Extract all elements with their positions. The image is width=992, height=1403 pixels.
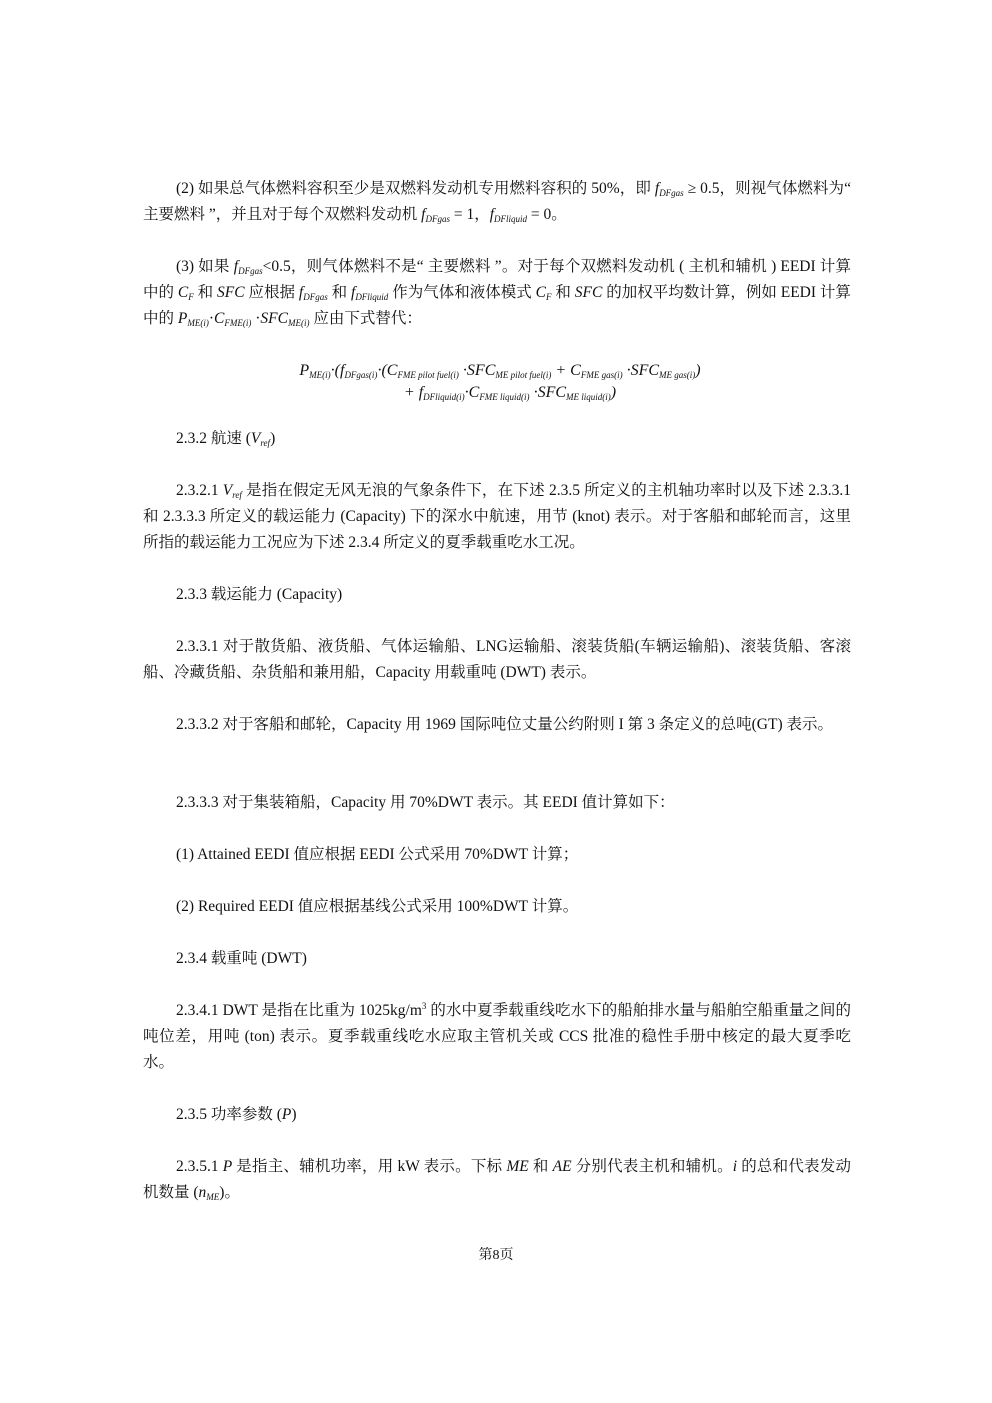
subscript: ME(i) [288, 318, 310, 328]
var-sfc: SFC [217, 284, 245, 301]
text: 应由下式替代： [309, 310, 421, 327]
text: = 1， [450, 206, 490, 223]
heading-2-3-3: 2.3.3 载运能力 (Capacity) [176, 582, 342, 608]
subscript: DFliquid(i) [423, 392, 465, 402]
subscript: FME gas(i) [581, 370, 623, 380]
subscript: ME [206, 1192, 219, 1202]
var-c: C [214, 310, 224, 327]
subscript: FME(i) [224, 318, 251, 328]
var-sfc: SFC [260, 310, 288, 327]
paragraph-3: (3) 如果 fDFgas<0.5，则气体燃料不是“ 主要燃料 ”。对于每个双燃… [143, 254, 851, 332]
formula-block: PME(i)·(fDFgas(i)·(CFME pilot fuel(i) ·S… [260, 360, 740, 404]
paragraph-2-3-5-1: 2.3.5.1 P 是指主、辅机功率，用 kW 表示。下标 ME 和 AE 分别… [143, 1154, 851, 1206]
document-page: (2) 如果总气体燃料容积至少是双燃料发动机专用燃料容积的 50%，即 fDFg… [0, 0, 992, 1403]
text: 和 [529, 1158, 553, 1175]
subscript: DFgas(i) [344, 370, 377, 380]
text: 2.3.2 航速 ( [176, 430, 251, 447]
heading-2-3-4: 2.3.4 载重吨 (DWT) [176, 946, 307, 972]
subscript: DFliquid [355, 292, 388, 302]
text: 2.3.4.1 DWT 是指在比重为 1025kg/m [176, 1002, 422, 1019]
paragraph-2-3-3-2: 2.3.3.2 对于客船和邮轮，Capacity 用 1969 国际吨位丈量公约… [143, 712, 851, 738]
text: 2.3.5.1 [176, 1158, 223, 1175]
text: 2.3.2.1 [176, 482, 223, 499]
subscript: ME liquid(i) [566, 392, 611, 402]
paragraph-2-3-4-1: 2.3.4.1 DWT 是指在比重为 1025kg/m3 的水中夏季载重线吃水下… [143, 998, 851, 1076]
subscript: DFgas [425, 214, 450, 224]
text: 2.3.5 功率参数 ( [176, 1106, 282, 1123]
text: (2) 如果总气体燃料容积至少是双燃料发动机专用燃料容积的 50%，即 [176, 180, 655, 197]
subscript: FME liquid(i) [479, 392, 529, 402]
var-me: ME [506, 1158, 528, 1175]
subscript: ref [260, 438, 270, 448]
text: = 0。 [527, 206, 567, 223]
paragraph-2-3-2-1: 2.3.2.1 Vref 是指在假定无风无浪的气象条件下，在下述 2.3.5 所… [143, 478, 851, 556]
paragraph-2-3-3-1: 2.3.3.1 对于散货船、液货船、气体运输船、LNG运输船、滚装货船(车辆运输… [143, 634, 851, 686]
heading-2-3-2: 2.3.2 航速 (Vref) [176, 426, 275, 452]
subscript: ME pilot fuel(i) [495, 370, 551, 380]
subscript: DFgas [238, 266, 263, 276]
text: 是指在假定无风无浪的气象条件下，在下述 2.3.5 所定义的主机轴功率时以及下述… [143, 482, 851, 551]
subscript: DFgas [659, 188, 684, 198]
var-c: C [536, 284, 546, 301]
text: 是指主、辅机功率，用 kW 表示。下标 [232, 1158, 506, 1175]
var-ae: AE [553, 1158, 572, 1175]
page-number: 第8页 [0, 1244, 992, 1264]
text: 和 [552, 284, 575, 301]
var-v: V [251, 430, 260, 447]
text: 和 [328, 284, 351, 301]
var-v: V [223, 482, 232, 499]
subscript: ME(i) [309, 370, 331, 380]
text: 应根据 [245, 284, 299, 301]
paragraph-2-3-3-3: 2.3.3.3 对于集装箱船，Capacity 用 70%DWT 表示。其 EE… [176, 790, 675, 816]
subscript: FME pilot fuel(i) [397, 370, 458, 380]
text: )。 [219, 1184, 240, 1201]
text: 和 [194, 284, 217, 301]
paragraph-2: (2) 如果总气体燃料容积至少是双燃料发动机专用燃料容积的 50%，即 fDFg… [143, 176, 851, 228]
formula-line-2: + fDFliquid(i)·CFME liquid(i) ·SFCME liq… [260, 382, 740, 404]
var-sfc: SFC [575, 284, 603, 301]
var-c: C [178, 284, 188, 301]
text: 分别代表主机和辅机。 [572, 1158, 733, 1175]
heading-2-3-5: 2.3.5 功率参数 (P) [176, 1102, 297, 1128]
text: (3) 如果 [176, 258, 234, 275]
var-p: P [178, 310, 187, 327]
list-item-1: (1) Attained EEDI 值应根据 EEDI 公式采用 70%DWT … [176, 842, 578, 868]
list-item-2: (2) Required EEDI 值应根据基线公式采用 100%DWT 计算。 [176, 894, 578, 920]
var-p: P [282, 1106, 291, 1123]
text: 作为气体和液体模式 [388, 284, 535, 301]
subscript: DFliquid [494, 214, 527, 224]
formula-line-1: PME(i)·(fDFgas(i)·(CFME pilot fuel(i) ·S… [299, 362, 700, 379]
var-p: P [223, 1158, 232, 1175]
subscript: ME(i) [187, 318, 209, 328]
subscript: ME gas(i) [659, 370, 695, 380]
subscript: DFgas [303, 292, 328, 302]
subscript: ref [232, 490, 242, 500]
